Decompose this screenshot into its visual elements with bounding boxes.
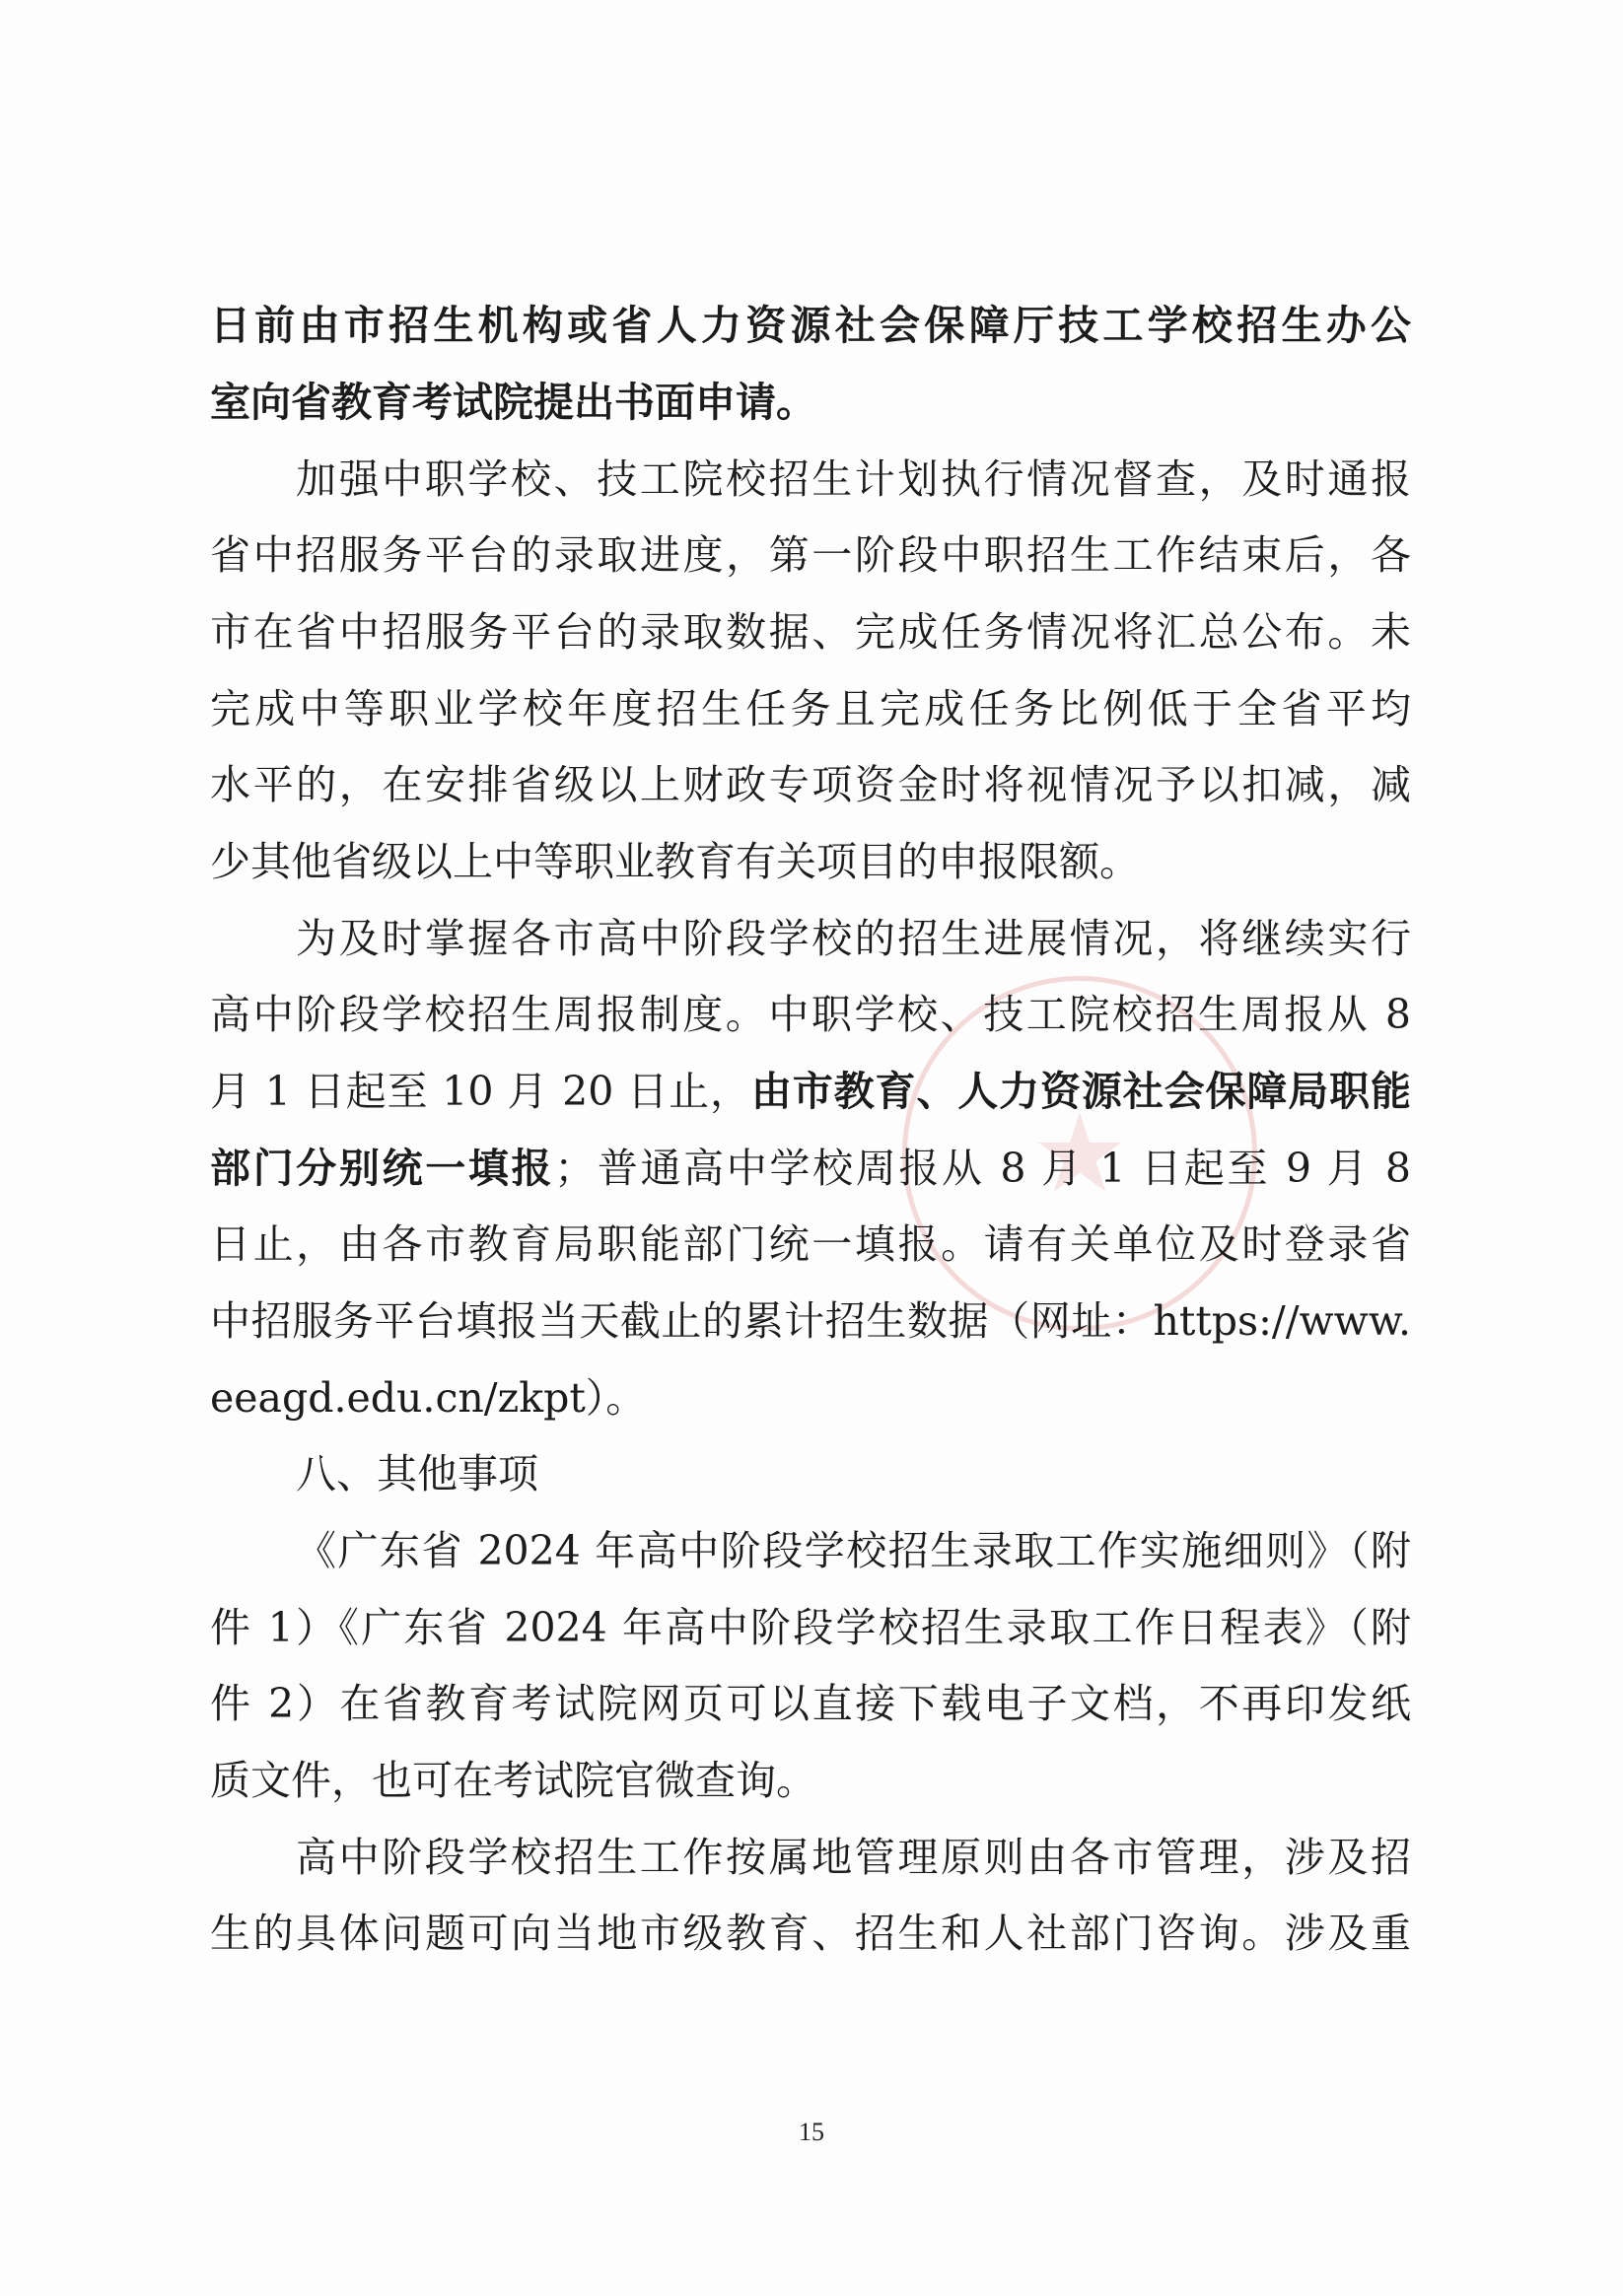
paragraph-line: 质文件，也可在考试院官微查询。 xyxy=(210,1751,1411,1810)
paragraph-line: 高中阶段学校招生工作按属地管理原则由各市管理，涉及招 xyxy=(296,1828,1411,1887)
paragraph-line: 日止，由各市教育局职能部门统一填报。请有关单位及时登录省 xyxy=(210,1215,1411,1274)
paragraph-line: 市在省中招服务平台的录取数据、完成任务情况将汇总公布。未 xyxy=(210,602,1411,661)
plain-text-span: ；普通高中学校周报从 8 月 1 日起至 9 月 8 xyxy=(554,1145,1411,1192)
paragraph-line: eeagd.edu.cn/zkpt）。 xyxy=(210,1368,1411,1427)
paragraph-line: 月 1 日起至 10 月 20 日止，由市教育、人力资源社会保障局职能 xyxy=(210,1062,1411,1121)
paragraph-line: 少其他省级以上中等职业教育有关项目的申报限额。 xyxy=(210,832,1411,891)
paragraph-line: 部门分别统一填报；普通高中学校周报从 8 月 1 日起至 9 月 8 xyxy=(210,1139,1411,1198)
paragraph-line: 中招服务平台填报当天截止的累计招生数据（网址：https://www. xyxy=(210,1291,1411,1351)
document-page: ★ 日前由市招生机构或省人力资源社会保障厅技工学校招生办公 室向省教育考试院提出… xyxy=(0,0,1623,2296)
paragraph-line: 生的具体问题可向当地市级教育、招生和人社部门咨询。涉及重 xyxy=(210,1904,1411,1963)
page-number: 15 xyxy=(0,2118,1623,2147)
paragraph-line: 省中招服务平台的录取进度，第一阶段中职招生工作结束后，各 xyxy=(210,525,1411,585)
bold-text-span: 由市教育、人力资源社会保障局职能 xyxy=(751,1068,1411,1115)
section-heading: 八、其他事项 xyxy=(296,1444,1411,1503)
plain-text-span: 月 1 日起至 10 月 20 日止， xyxy=(210,1068,751,1115)
paragraph-line: 完成中等职业学校年度招生任务且完成任务比例低于全省平均 xyxy=(210,679,1411,738)
paragraph-line: 日前由市招生机构或省人力资源社会保障厅技工学校招生办公 xyxy=(210,296,1411,355)
paragraph-line: 件 2）在省教育考试院网页可以直接下载电子文档，不再印发纸 xyxy=(210,1674,1411,1733)
paragraph-line: 加强中职学校、技工院校招生计划执行情况督查，及时通报 xyxy=(296,450,1411,509)
paragraph-line: 水平的，在安排省级以上财政专项资金时将视情况予以扣减，减 xyxy=(210,755,1411,814)
paragraph-line: 《广东省 2024 年高中阶段学校招生录取工作实施细则》（附 xyxy=(296,1521,1411,1580)
paragraph-line: 为及时掌握各市高中阶段学校的招生进展情况，将继续实行 xyxy=(296,909,1411,968)
bold-text-span: 部门分别统一填报 xyxy=(210,1145,554,1192)
paragraph-line: 高中阶段学校招生周报制度。中职学校、技工院校招生周报从 8 xyxy=(210,985,1411,1044)
paragraph-line: 件 1）《广东省 2024 年高中阶段学校招生录取工作日程表》（附 xyxy=(210,1598,1411,1657)
paragraph-line: 室向省教育考试院提出书面申请。 xyxy=(210,373,1411,432)
